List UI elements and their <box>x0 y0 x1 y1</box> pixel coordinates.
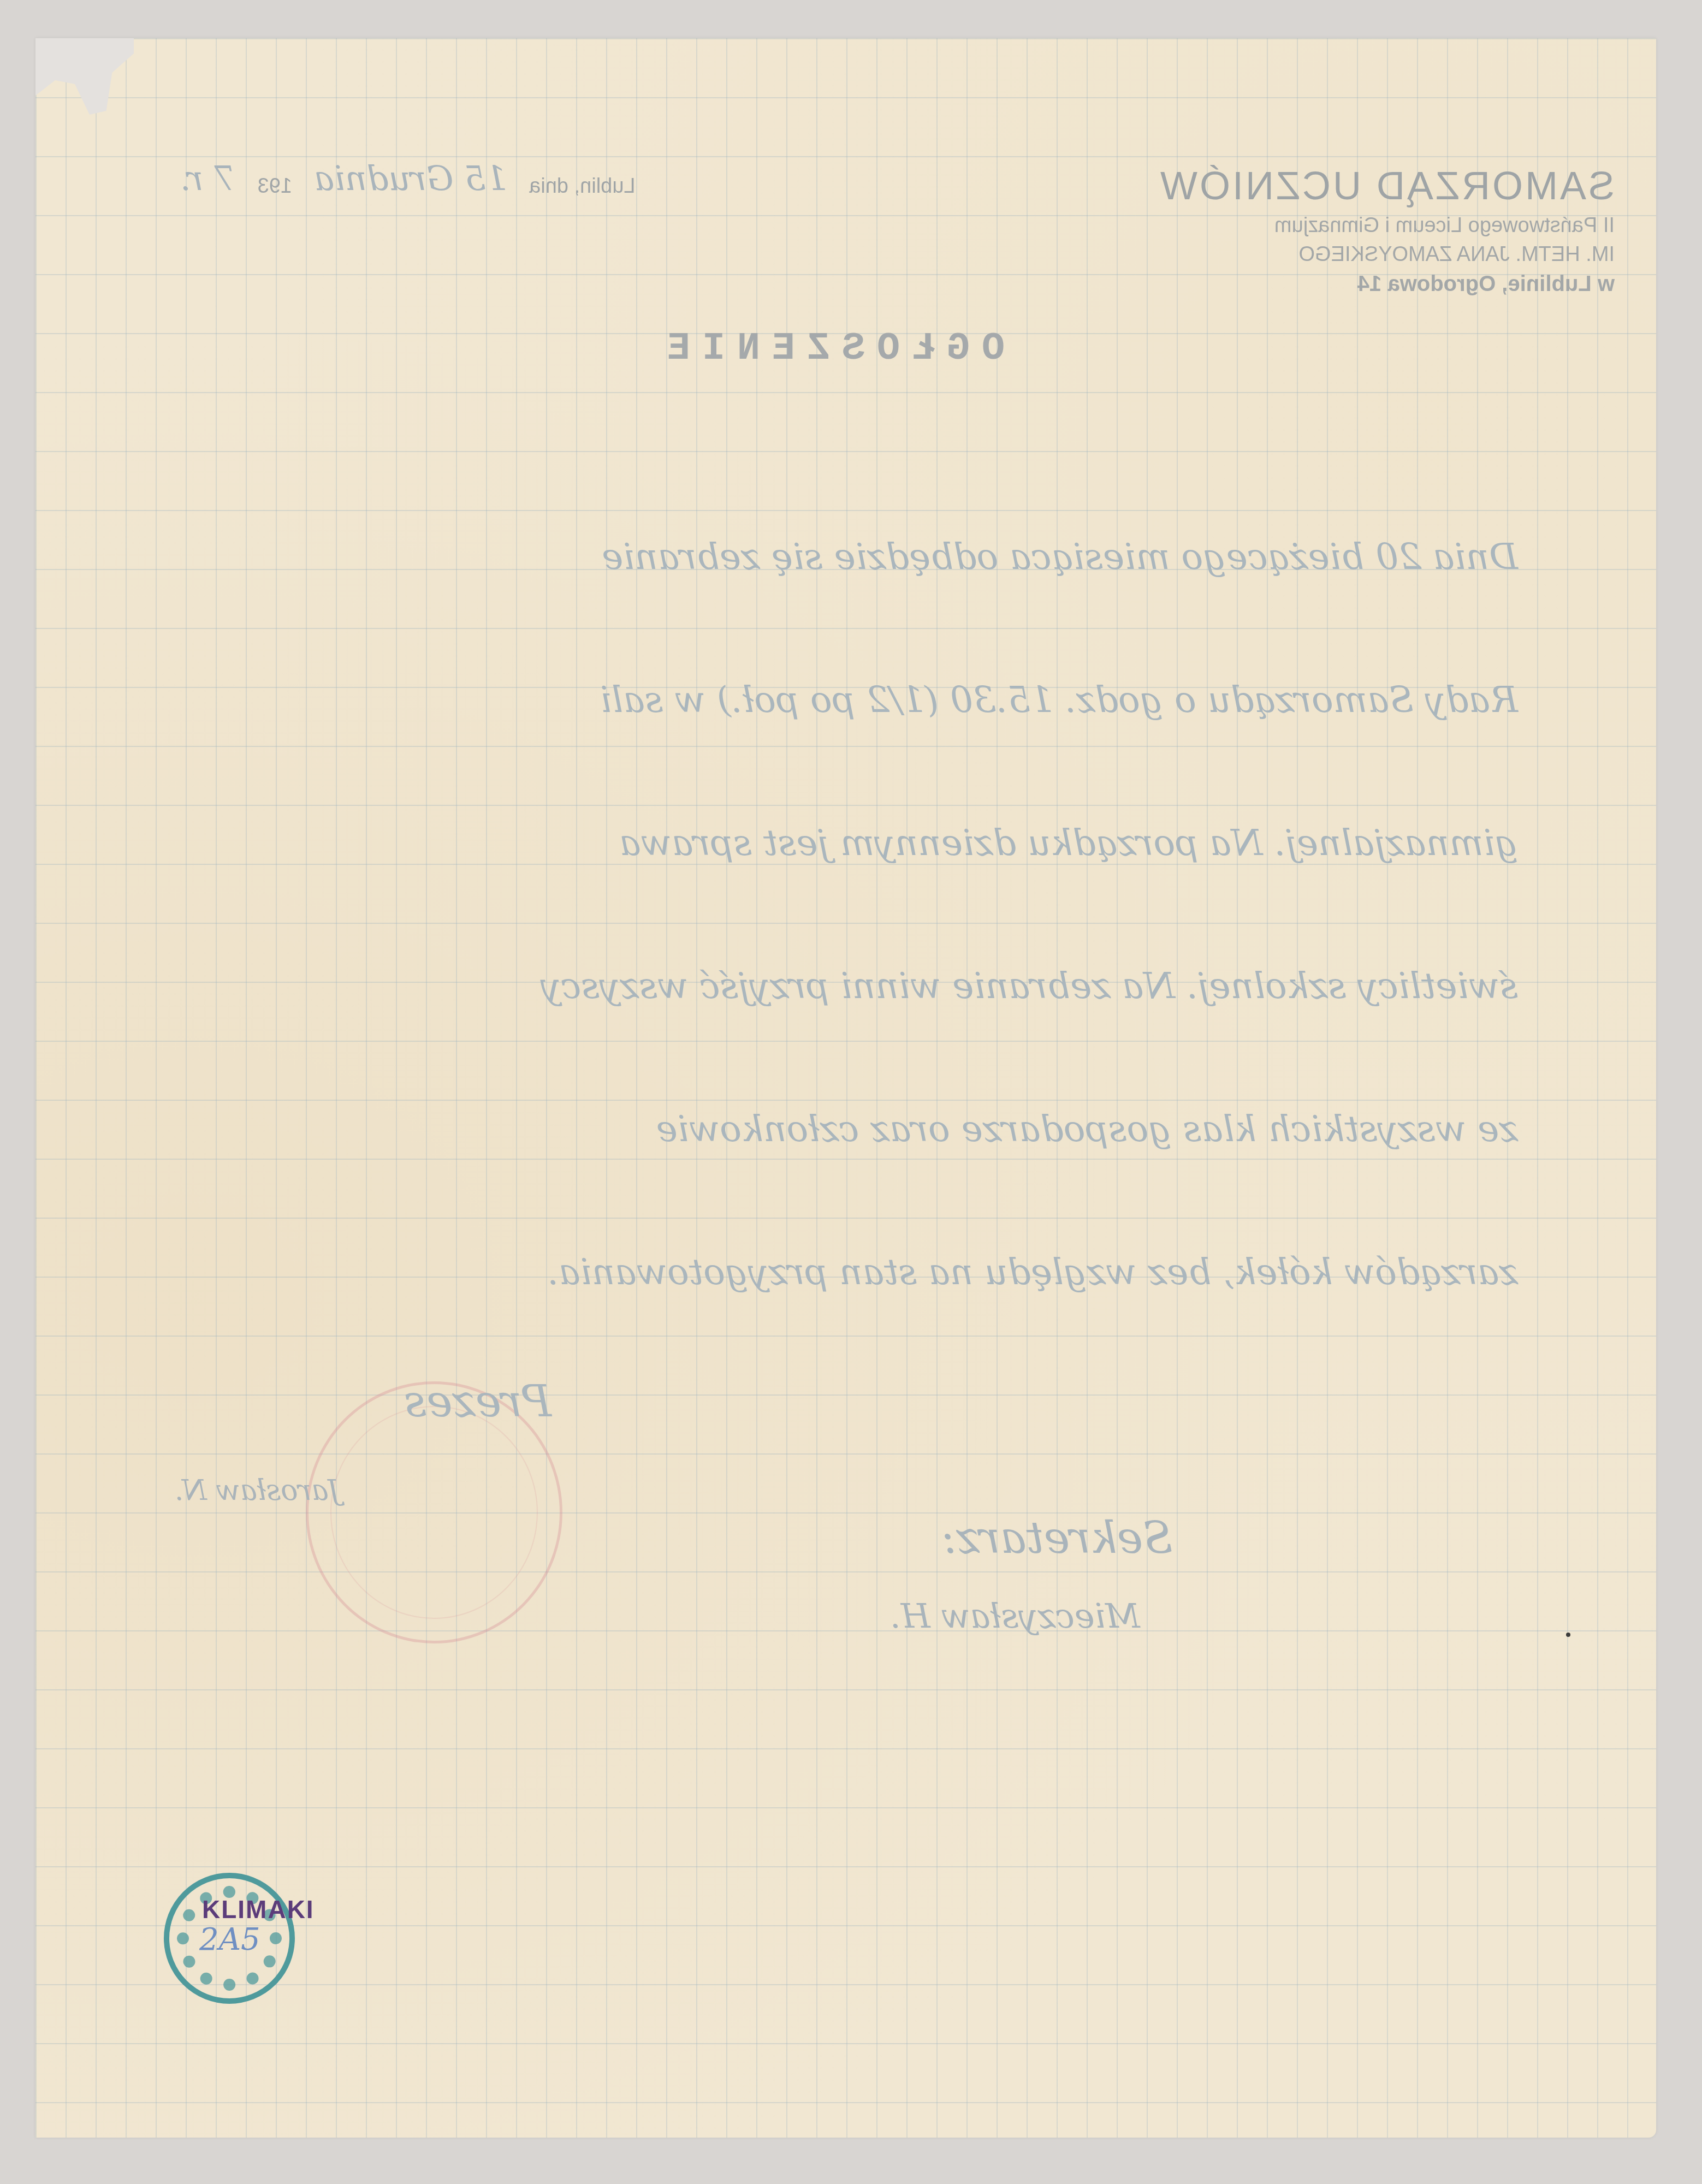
ink-speck <box>1566 1633 1570 1637</box>
dateline: Lublin, dnia 15 Grudnia 193 7 r. <box>180 158 636 198</box>
secretary-label: Sekretarz: <box>890 1512 1173 1563</box>
body-line: gimnazjalnej. Na porządku dziennym jest … <box>262 810 1518 953</box>
archive-stamp-number: 2A5 <box>199 1922 260 1957</box>
president-signature: Prezes <box>404 1376 551 1427</box>
secretary-block: Sekretarz: Mieczysław H. <box>890 1512 1173 1636</box>
archive-stamp-name: KLIMAKI <box>202 1895 315 1924</box>
body-line: Dnia 20 bieżącego miesiąca odbędzie się … <box>262 524 1518 667</box>
secretary-signature: Mieczysław H. <box>890 1596 1140 1636</box>
dateline-day-month: 15 Grudnia <box>314 158 507 198</box>
letterhead-title: SAMORZĄD UCZNIÓW <box>1158 164 1615 209</box>
body-line: świetlicy szkolnej. Na zebranie winni pr… <box>262 953 1518 1096</box>
dateline-year-prefix: 193 <box>258 175 292 198</box>
body-line: zarządów kółek, bez względu na stan przy… <box>262 1239 1518 1382</box>
document-title: OGŁOSZENIE <box>655 328 1005 371</box>
dateline-place: Lublin, dnia <box>529 175 635 198</box>
announcement-body: Dnia 20 bieżącego miesiąca odbędzie się … <box>262 524 1518 1382</box>
letterhead-school: II Państwowego Liceum i Gimnazjum <box>1158 214 1615 238</box>
letterhead-address: w Lublinie, Ogrodowa 14 <box>1158 272 1615 296</box>
letterhead: SAMORZĄD UCZNIÓW II Państwowego Liceum i… <box>1158 164 1615 296</box>
dateline-year-suffix: 7 r. <box>180 158 236 198</box>
red-stamp-ring <box>330 1406 538 1619</box>
letterhead-patron: IM. HETM. JANA ZAMOYSKIEGO <box>1158 243 1615 266</box>
body-line: Rady Samorządu o godz. 15.30 (1/2 po poł… <box>262 667 1518 810</box>
body-line: ze wszystkich klas gospodarze oraz człon… <box>262 1096 1518 1239</box>
left-signature: Jarosław N. <box>175 1474 340 1507</box>
